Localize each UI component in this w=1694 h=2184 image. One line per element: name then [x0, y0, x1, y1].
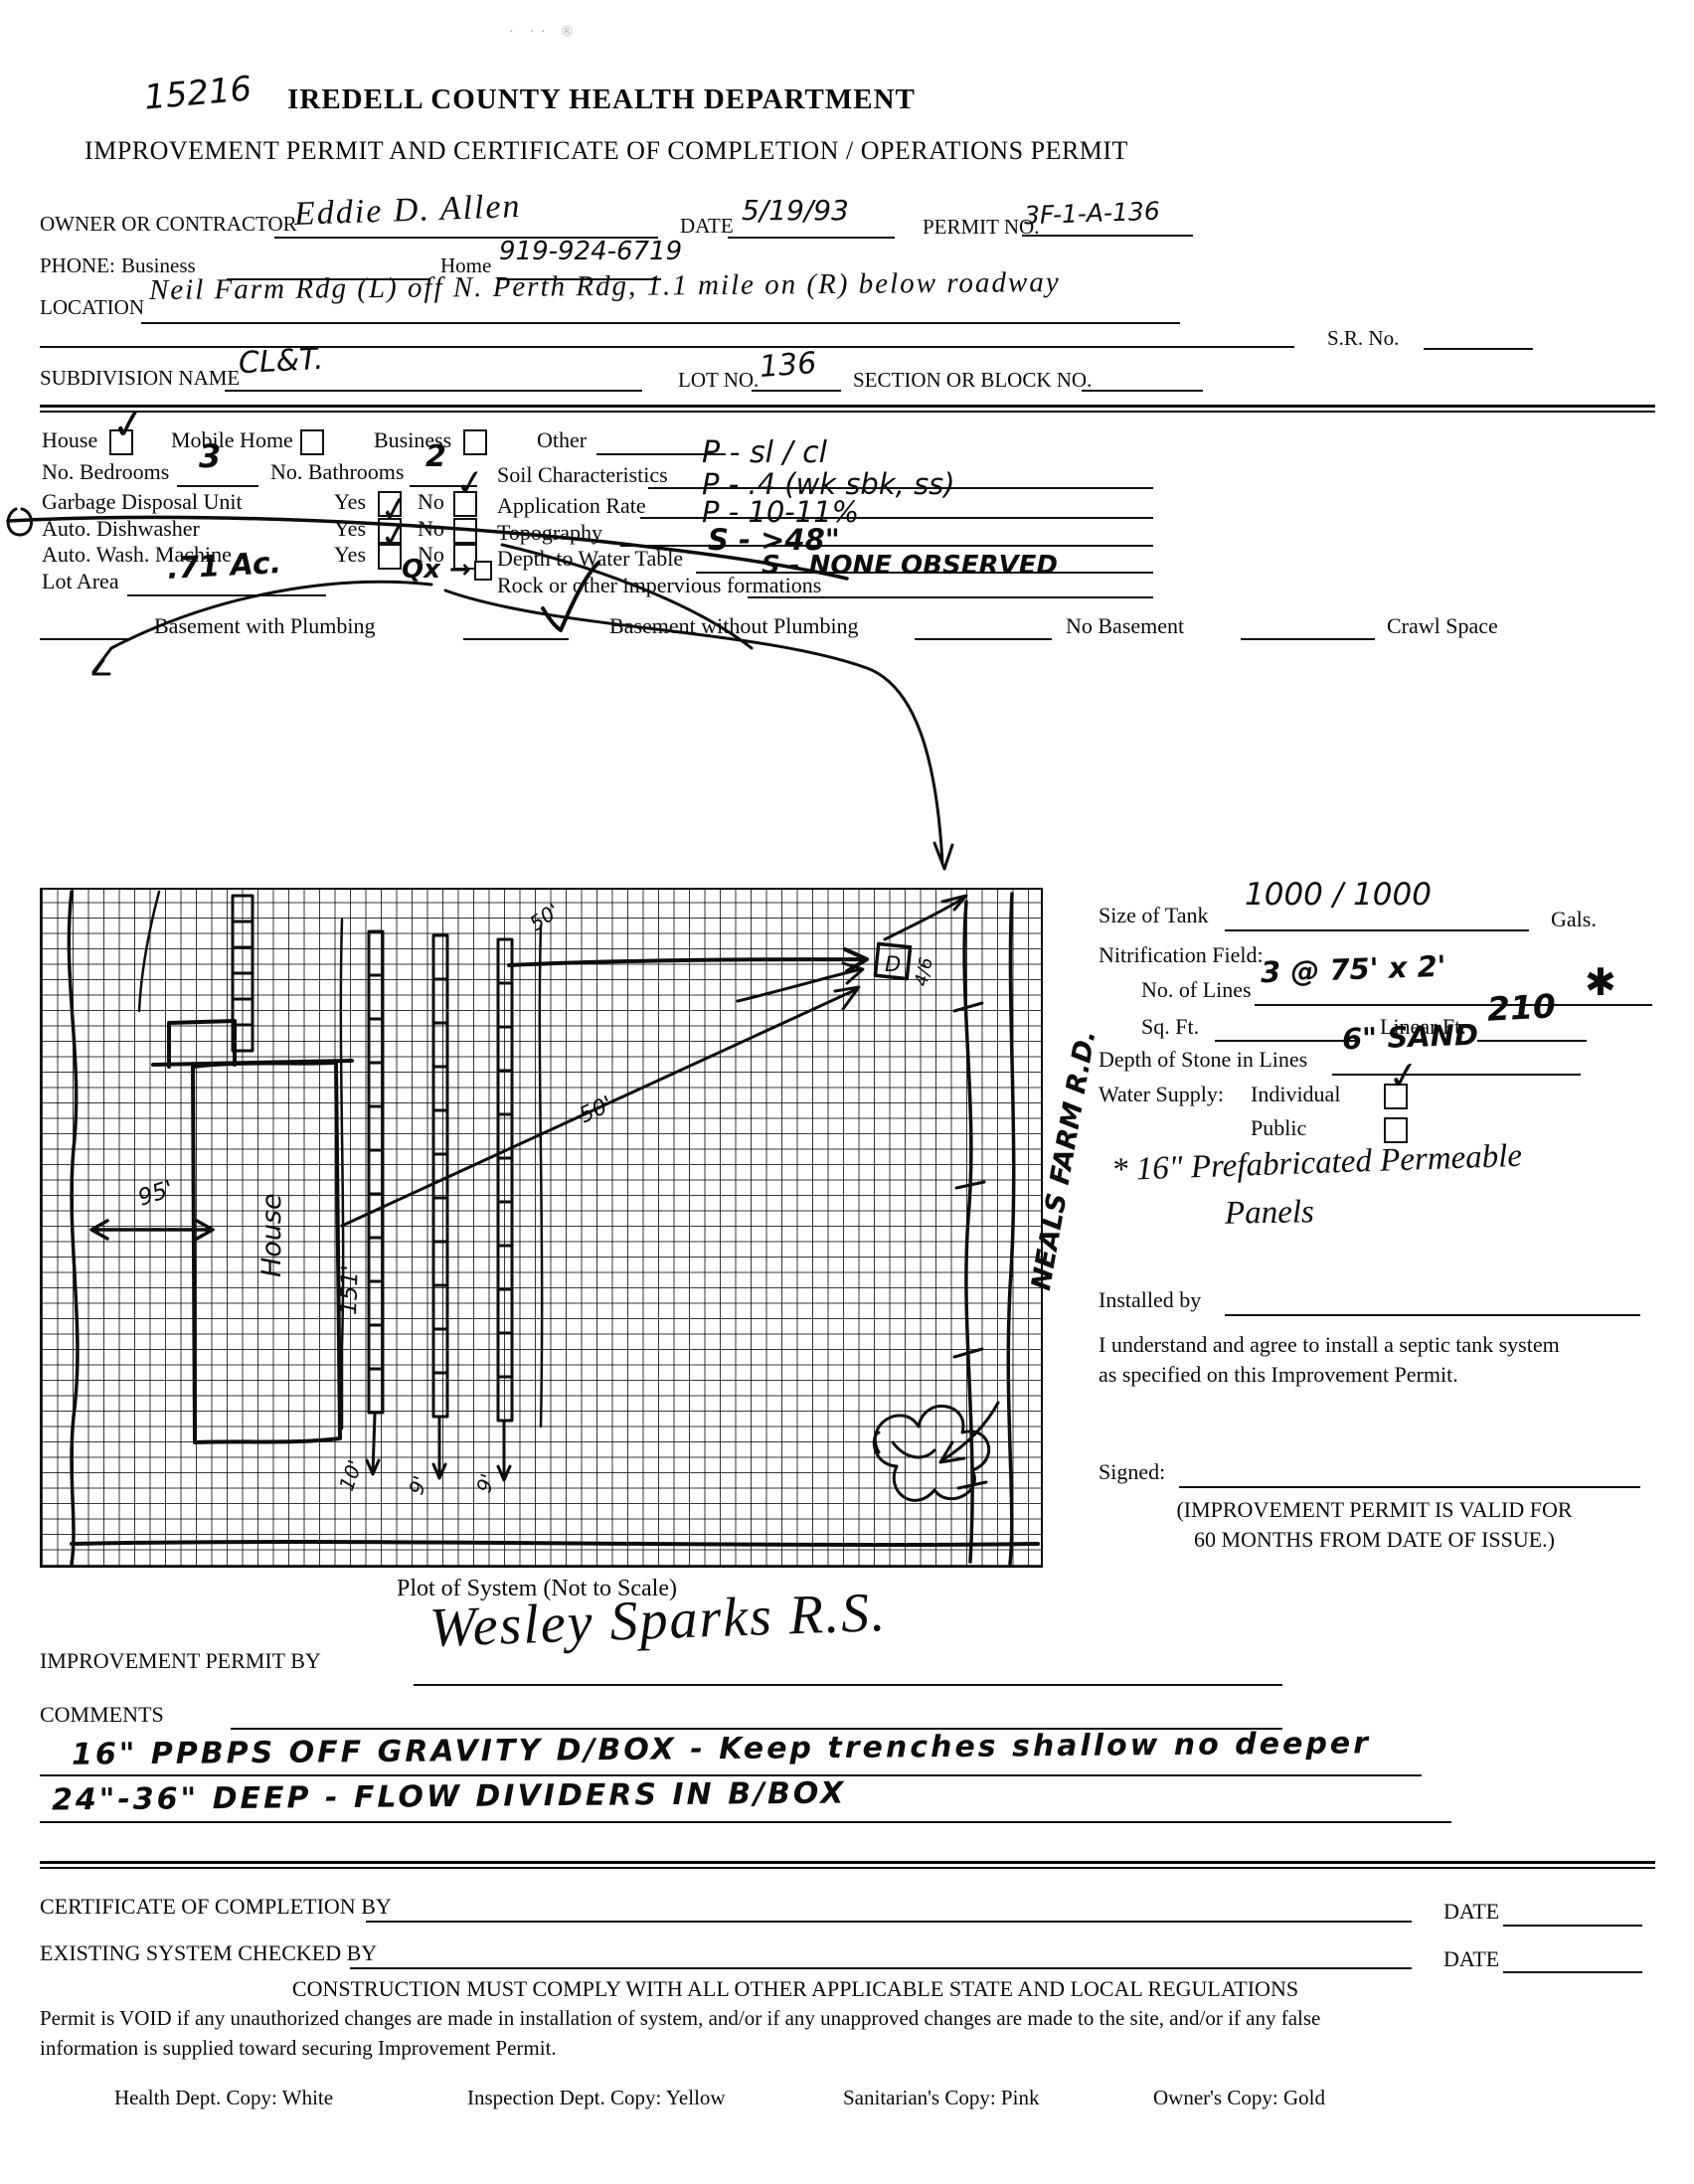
signed-label: Signed: [1099, 1459, 1165, 1485]
scanned-permit-form: · ·· ® 15216 IREDELL COUNTY HEALTH DEPAR… [0, 0, 1694, 2184]
date-label: DATE [680, 214, 734, 239]
date-value: 5/19/93 [742, 194, 849, 227]
lot-area-value: .71 Ac. [166, 546, 282, 587]
guide-line-1 [341, 920, 343, 1428]
lines-asterisk-mark: ✱ [1585, 960, 1616, 1004]
gals-label: Gals. [1551, 907, 1597, 932]
mobile-home-checkbox [300, 429, 324, 455]
margin-loop [8, 509, 31, 535]
property-line-left [69, 892, 78, 1564]
agreement-line1: I understand and agree to install a sept… [1099, 1332, 1560, 1358]
dishwasher-no-checkbox [453, 518, 477, 544]
crawl-space-blank-line [1241, 638, 1375, 640]
lot-area-label: Lot Area [42, 569, 119, 594]
tank-blank-line [1225, 929, 1529, 931]
no-of-lines-value: 3 @ 75' x 2' [1260, 949, 1446, 989]
dishwasher-no-label: No [418, 516, 444, 542]
footer-divider [40, 1867, 1655, 1869]
crawl-space-label: Crawl Space [1387, 613, 1498, 639]
no-basement-blank-line [915, 638, 1052, 640]
bedrooms-label: No. Bedrooms [42, 459, 169, 485]
validity-line2: 60 MONTHS FROM DATE OF ISSUE.) [1099, 1527, 1650, 1553]
entry-stroke [139, 892, 159, 1011]
lot-area-blank-line [127, 594, 326, 596]
garbage-no-checkmark: ✓ [452, 461, 488, 506]
arrow-exit-topright [885, 896, 966, 939]
existing-system-label: EXISTING SYSTEM CHECKED BY [40, 1940, 377, 1966]
certificate-blank-line [366, 1921, 1412, 1923]
house-sketch-label: House [256, 1193, 287, 1277]
location-blank-line [141, 322, 1180, 324]
trench-line-1 [369, 931, 383, 1413]
rock-blank-line [748, 596, 1153, 598]
existing-blank-line [350, 1967, 1412, 1969]
other-label: Other [537, 427, 587, 453]
existing-date-label: DATE [1443, 1946, 1499, 1972]
plot-of-system-grid: House 151' 95' 10' 9' 9' D 4/6 [40, 888, 1043, 1568]
panels-note-line1: * 16" Prefabricated Permeable [1110, 1138, 1522, 1189]
bedrooms-blank-line [177, 485, 258, 487]
tank-size-label: Size of Tank [1099, 903, 1208, 928]
linear-ft-value: 210 [1486, 986, 1557, 1029]
subdivision-value: CL&T. [238, 342, 324, 381]
date-blank-line [728, 237, 895, 239]
comment-line2: 24"-36" DEEP - FLOW DIVIDERS IN B/BOX [52, 1776, 847, 1818]
business-checkbox [463, 429, 487, 455]
agreement-line2: as specified on this Improvement Permit. [1099, 1362, 1458, 1388]
dishwasher-yes-label: Yes [334, 516, 366, 542]
garbage-no-label: No [418, 489, 444, 515]
improvement-permit-by-label: IMPROVEMENT PERMIT BY [40, 1648, 321, 1674]
sr-no-blank-line [1424, 348, 1533, 350]
installed-by-blank-line [1225, 1314, 1640, 1316]
trench-end-arrow-1 [367, 1415, 379, 1474]
distribution-box-note: 4/6 [911, 955, 937, 988]
lot-no-value: 136 [759, 346, 818, 385]
permit-no-value: 3F-1-A-136 [1024, 197, 1161, 231]
soil-value: P - sl / cl [702, 435, 827, 470]
topography-blank-line [620, 545, 1153, 547]
installed-by-label: Installed by [1099, 1287, 1201, 1313]
basement-without-blank-line [463, 638, 569, 640]
copy-inspection-dept: Inspection Dept. Copy: Yellow [467, 2086, 726, 2110]
individual-label: Individual [1251, 1082, 1340, 1107]
page-title: IREDELL COUNTY HEALTH DEPARTMENT [99, 84, 1103, 116]
certificate-date-blank-line [1503, 1925, 1642, 1927]
bottom-dim-2: 9' [404, 1472, 432, 1497]
sqft-label: Sq. Ft. [1141, 1014, 1199, 1040]
validity-line1: (IMPROVEMENT PERMIT IS VALID FOR [1099, 1497, 1650, 1523]
comment-line2-rule [40, 1821, 1451, 1823]
home-value: 919-924-6719 [499, 237, 682, 266]
water-supply-label: Water Supply: [1099, 1082, 1224, 1107]
no-basement-label: No Basement [1066, 613, 1184, 639]
compliance-statement: CONSTRUCTION MUST COMPLY WITH ALL OTHER … [99, 1976, 1491, 2002]
certificate-date-label: DATE [1443, 1899, 1499, 1925]
lot-no-blank-line [752, 390, 841, 392]
dimension-50-top: 50' [525, 899, 564, 935]
permit-by-blank-line [414, 1684, 1282, 1686]
footer-divider [40, 1861, 1655, 1864]
tank-size-value: 1000 / 1000 [1245, 877, 1432, 913]
bottom-dim-3: 9' [471, 1470, 500, 1495]
lines-blank-line [1255, 1004, 1652, 1006]
road-edge-2 [1008, 894, 1013, 1564]
existing-date-blank-line [1503, 1971, 1642, 1973]
dimension-151: 151' [336, 1264, 364, 1315]
topography-label: Topography [497, 520, 602, 546]
section-divider [40, 405, 1655, 408]
location-continuation-line [40, 346, 1294, 348]
section-block-label: SECTION OR BLOCK NO. [853, 368, 1092, 393]
sr-no-label: S.R. No. [1327, 326, 1399, 351]
trench-line-3 [498, 939, 512, 1421]
basement-without-plumbing-label: Basement without Plumbing [609, 613, 859, 639]
stone-depth-label: Depth of Stone in Lines [1099, 1047, 1307, 1073]
garbage-yes-label: Yes [334, 489, 366, 515]
phone-label: PHONE: [40, 253, 115, 278]
public-checkbox [1384, 1117, 1408, 1143]
nitrification-field-label: Nitrification Field: [1099, 942, 1264, 968]
void-statement-line2: information is supplied toward securing … [40, 2036, 557, 2061]
sqft-blank-line [1215, 1040, 1356, 1042]
bottom-dim-1: 10' [334, 1456, 367, 1493]
guide-line-2 [540, 925, 542, 1427]
void-statement-line1: Permit is VOID if any unauthorized chang… [40, 2006, 1320, 2031]
washer-yes-label: Yes [334, 542, 366, 568]
faint-stamp: · ·· ® [509, 24, 579, 41]
basement-with-plumbing-label: Basement with Plumbing [154, 613, 375, 639]
mobile-home-label: Mobile Home [171, 427, 293, 453]
distribution-box-label: D [885, 952, 901, 976]
stone-blank-line [1332, 1074, 1581, 1076]
bottom-boundary-stroke [72, 1542, 1038, 1545]
signed-blank-line [1179, 1486, 1640, 1488]
individual-checkmark: ✓ [1385, 1052, 1423, 1099]
owner-value: Eddie D. Allen [293, 188, 522, 234]
house-label: House [42, 427, 97, 453]
page-subtitle: IMPROVEMENT PERMIT AND CERTIFICATE OF CO… [40, 136, 1173, 166]
dimension-50-mid: 50' [576, 1092, 616, 1128]
soil-characteristics-label: Soil Characteristics [497, 462, 668, 488]
stone-depth-value: 6" SAND [1341, 1018, 1478, 1057]
subdivision-blank-line [225, 390, 642, 392]
comments-label: COMMENTS [40, 1702, 164, 1728]
washer-yes-checkmark: ✓ [377, 513, 413, 558]
copy-health-dept: Health Dept. Copy: White [114, 2086, 333, 2110]
rock-value: S - NONE OBSERVED [762, 551, 1058, 581]
garbage-disposal-label: Garbage Disposal Unit [42, 489, 243, 515]
handwritten-note: Qx → [402, 555, 492, 585]
subdivision-label: SUBDIVISION NAME [40, 366, 240, 391]
trench-end-arrow-2 [433, 1419, 445, 1478]
owner-label: OWNER OR CONTRACTOR [40, 212, 297, 237]
copy-owner: Owner's Copy: Gold [1153, 2086, 1325, 2110]
site-sketch: House 151' 95' 10' 9' 9' D 4/6 [42, 890, 1041, 1566]
permit-no-blank-line [1022, 235, 1193, 237]
dimension-95: 95' [135, 1176, 177, 1212]
bedrooms-value: 3 [199, 437, 221, 475]
dishwasher-label: Auto. Dishwasher [42, 516, 200, 542]
bathrooms-value: 2 [425, 439, 446, 474]
water-table-label: Depth to Water Table [497, 546, 683, 572]
location-label: LOCATION [40, 295, 144, 320]
basement-with-blank-line [40, 638, 129, 640]
certificate-completion-label: CERTIFICATE OF COMPLETION BY [40, 1894, 392, 1920]
trench-line-2 [433, 935, 447, 1417]
arrow-to-dbox-horizontal [509, 949, 867, 971]
panels-note-line2: Panels [1225, 1194, 1314, 1233]
handwritten-note-text: Qx → [402, 555, 471, 585]
trench-end-arrow-3 [498, 1423, 510, 1480]
handwritten-note-box [474, 561, 492, 581]
section-divider [40, 411, 1655, 413]
bathrooms-label: No. Bathrooms [270, 459, 404, 485]
copy-sanitarian: Sanitarian's Copy: Pink [843, 2086, 1039, 2110]
public-label: Public [1251, 1115, 1306, 1141]
linear-ft-blank-line [1477, 1040, 1587, 1042]
comment-line1: 16" PPBPS OFF GRAVITY D/BOX - Keep trenc… [72, 1726, 1371, 1771]
house-checkmark: ✓ [108, 398, 150, 450]
section-blank-line [1082, 390, 1203, 392]
application-rate-label: Application Rate [497, 493, 646, 519]
no-of-lines-label: No. of Lines [1141, 977, 1252, 1003]
location-value: Neil Farm Rdg (L) off N. Perth Rdg, 1.1 … [149, 266, 1061, 307]
road-edge-1 [964, 902, 972, 1562]
lot-no-label: LOT NO. [678, 368, 759, 393]
